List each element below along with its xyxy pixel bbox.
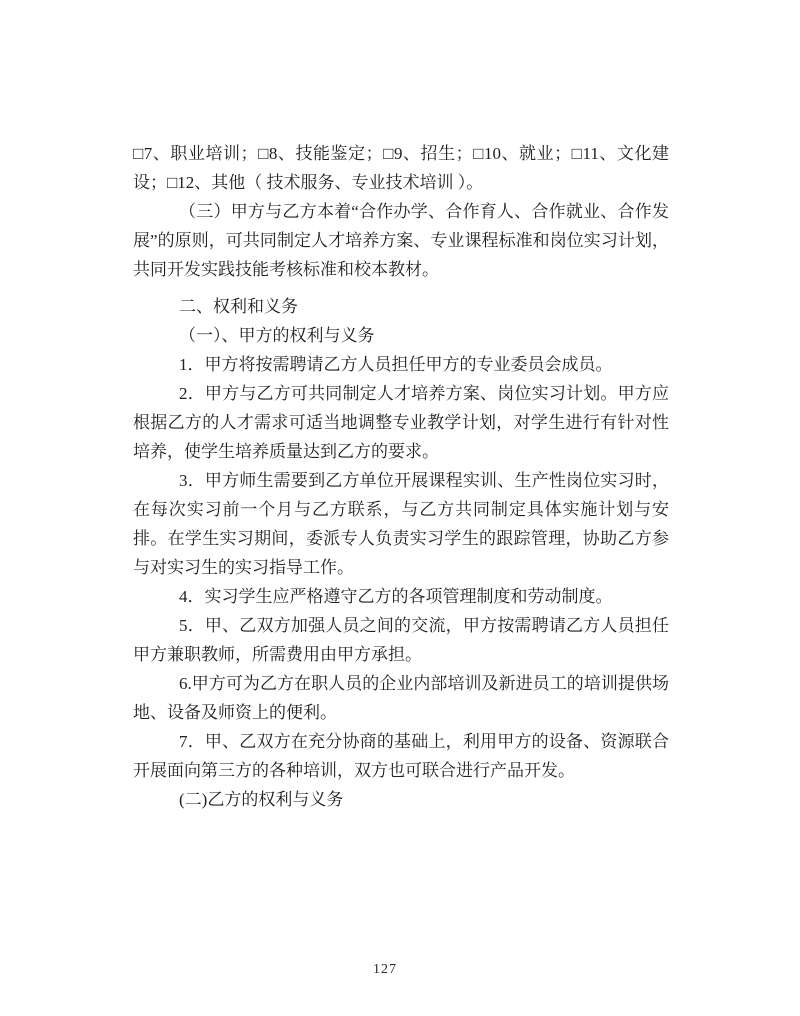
document-body: □7、职业培训；□8、技能鉴定；□9、招生；□10、就业；□11、文化建设；□1… bbox=[133, 139, 669, 814]
paragraph: 4．实习学生应严格遵守乙方的各项管理制度和劳动制度。 bbox=[133, 582, 669, 611]
page-number: 127 bbox=[373, 962, 397, 977]
paragraph: 2．甲方与乙方可共同制定人才培养方案、岗位实习计划。甲方应根据乙方的人才需求可适… bbox=[133, 379, 669, 466]
paragraph: 7．甲、乙双方在充分协商的基础上，利用甲方的设备、资源联合开展面向第三方的各种培… bbox=[133, 727, 669, 785]
paragraph: （一）、甲方的权利与义务 bbox=[133, 321, 669, 350]
paragraph: 5．甲、乙双方加强人员之间的交流，甲方按需聘请乙方人员担任甲方兼职教师，所需费用… bbox=[133, 611, 669, 669]
paragraph: □7、职业培训；□8、技能鉴定；□9、招生；□10、就业；□11、文化建设；□1… bbox=[133, 139, 669, 197]
paragraph: 3．甲方师生需要到乙方单位开展课程实训、生产性岗位实习时，在每次实习前一个月与乙… bbox=[133, 466, 669, 582]
paragraph: (二)乙方的权利与义务 bbox=[133, 785, 669, 814]
paragraph: 1．甲方将按需聘请乙方人员担任甲方的专业委员会成员。 bbox=[133, 350, 669, 379]
paragraph: （三）甲方与乙方本着“合作办学、合作育人、合作就业、合作发展”的原则，可共同制定… bbox=[133, 197, 669, 284]
document-page: □7、职业培训；□8、技能鉴定；□9、招生；□10、就业；□11、文化建设；□1… bbox=[0, 0, 800, 1016]
paragraph: 6.甲方可为乙方在职人员的企业内部培训及新进员工的培训提供场地、设备及师资上的便… bbox=[133, 669, 669, 727]
paragraph: 二、权利和义务 bbox=[133, 292, 669, 321]
page-footer: 127 bbox=[0, 960, 770, 978]
